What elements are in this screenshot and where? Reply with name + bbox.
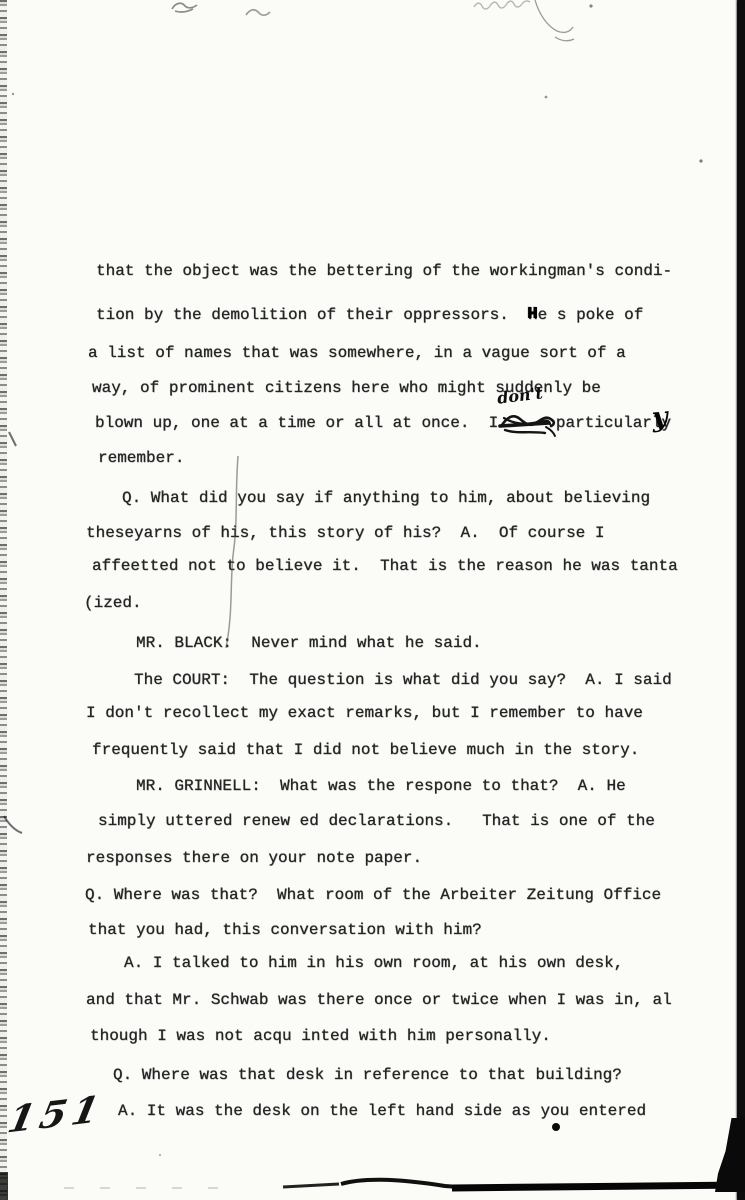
transcript-line: and that Mr. Schwab was there once or tw…: [86, 992, 672, 1009]
overstruck-letter-h: H: [527, 305, 537, 324]
handwritten-insertion-dont: don't: [496, 383, 544, 407]
scan-edge-corner-blob: [715, 1118, 745, 1192]
pencil-cursive-mark: [474, 1, 530, 9]
transcript-line: A. It was the desk on the left hand side…: [118, 1103, 646, 1120]
handwritten-page-number: 151: [4, 1087, 108, 1142]
transcript-line: affeetted not to believe it. That is the…: [92, 558, 678, 575]
transcript-line: tion by the demolition of their oppresso…: [96, 307, 643, 324]
scan-edge-left: [0, 0, 7, 1200]
transcript-line: Q. Where was that desk in reference to t…: [113, 1067, 622, 1084]
transcript-line: (ized.: [84, 595, 142, 612]
transcript-line: The COURT: The question is what did you …: [134, 672, 672, 689]
transcript-line: frequently said that I did not believe m…: [92, 742, 639, 759]
scan-edge-right: [737, 0, 745, 1200]
paper-crease-line: [226, 456, 238, 648]
pencil-tilde-mark: [246, 10, 270, 15]
transcript-line: remember.: [98, 450, 184, 467]
pencil-scribble-top-left: [172, 3, 197, 12]
paper-speck: [159, 1154, 161, 1156]
bottom-edge-shadow: [64, 1180, 745, 1188]
transcript-line: though I was not acqu inted with him per…: [90, 1028, 551, 1045]
transcript-line: MR. GRINNELL: What was the respone to th…: [136, 778, 626, 795]
transcript-line: Q. What did you say if anything to him, …: [122, 490, 650, 507]
transcript-line: simply uttered renew ed declarations. Th…: [98, 813, 655, 830]
paper-speck: [12, 93, 14, 95]
ink-blot-dot: [552, 1123, 560, 1131]
transcript-line: theseyarns of his, this story of his? A.…: [86, 525, 604, 542]
handwritten-overwrite-y: y: [651, 401, 669, 433]
paper-speck: [699, 159, 702, 162]
transcript-line: A. I talked to him in his own room, at h…: [124, 955, 623, 972]
scanned-transcript-page: that the object was the bettering of the…: [0, 0, 745, 1200]
transcript-line: I don't recollect my exact remarks, but …: [86, 705, 643, 722]
transcript-line: a list of names that was somewhere, in a…: [88, 345, 626, 362]
transcript-line: that you had, this conversation with him…: [88, 922, 482, 939]
paper-speck: [545, 96, 548, 99]
transcript-line: MR. BLACK: Never mind what he said.: [136, 635, 482, 652]
pencil-check-curve: [535, 0, 574, 41]
pencil-dot: [589, 4, 592, 7]
left-edge-tick: [9, 432, 16, 446]
transcript-line: Q. Where was that? What room of the Arbe…: [85, 887, 661, 904]
transcript-line: blown up, one at a time or all at once. …: [95, 415, 671, 432]
transcript-line: that the object was the bettering of the…: [96, 263, 672, 280]
transcript-line: responses there on your note paper.: [86, 850, 422, 867]
